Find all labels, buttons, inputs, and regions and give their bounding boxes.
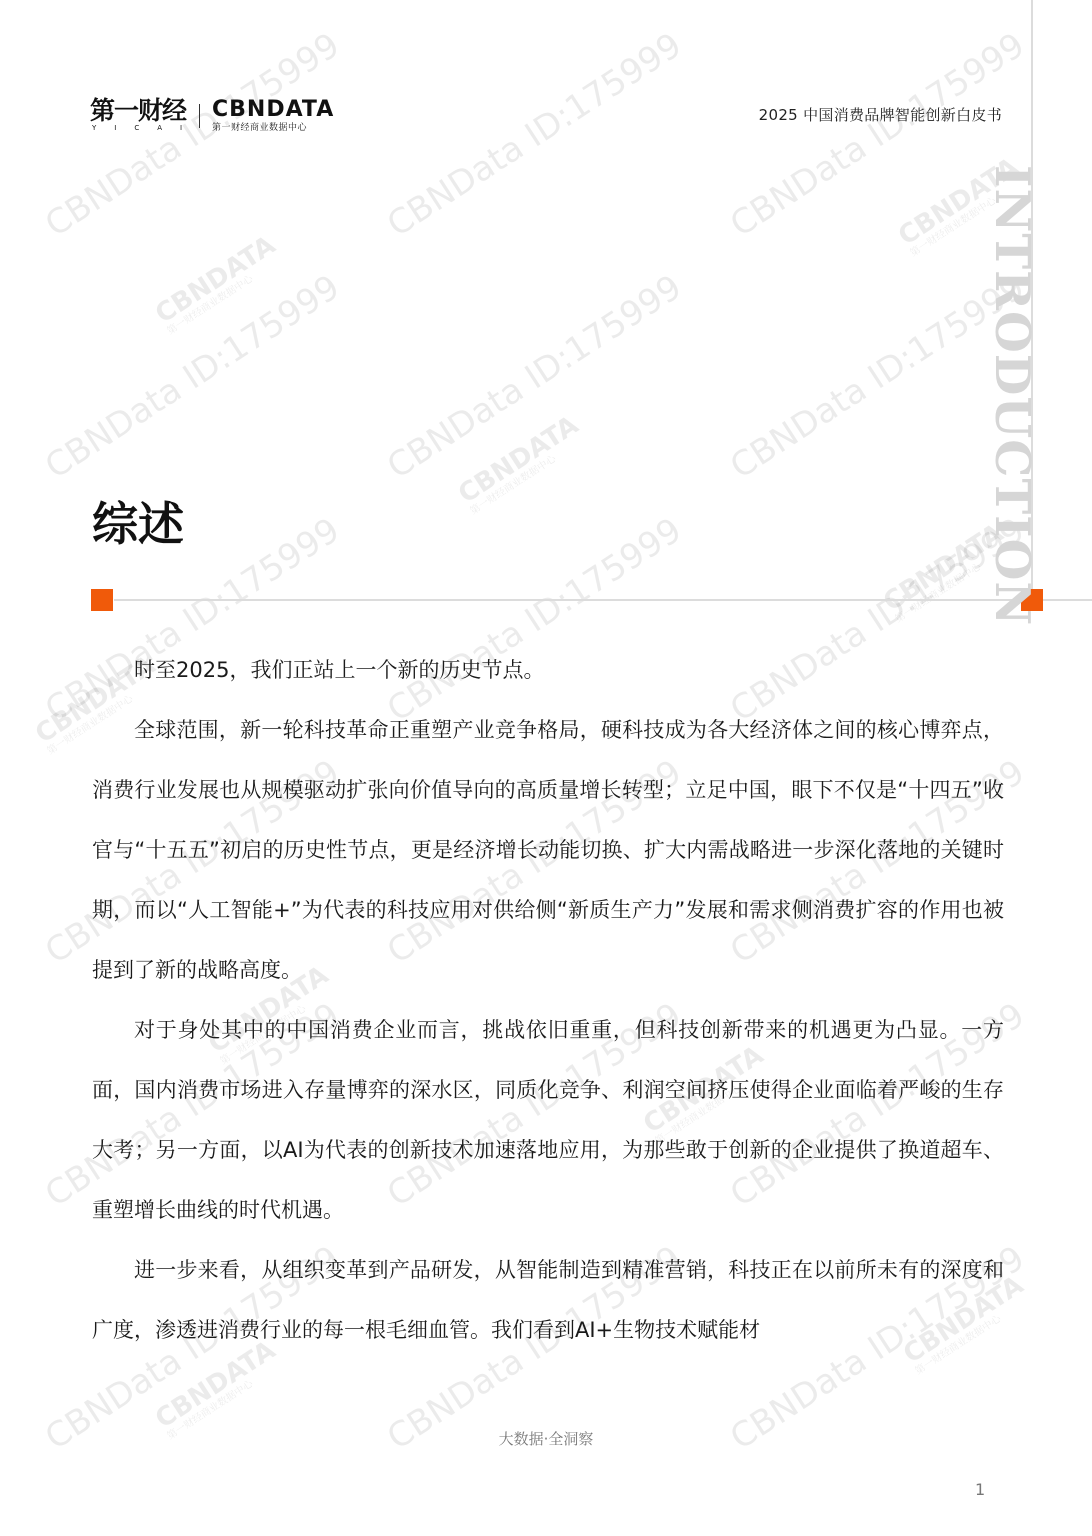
watermark-text: CBNData ID:175999: [38, 25, 347, 245]
footer-slogan: 大数据·全洞察: [0, 1428, 1092, 1449]
accent-square-left: [91, 589, 113, 611]
yicai-logo-subtext: YICAI: [92, 124, 200, 132]
cbndata-logo-mark: CBNDATA: [212, 98, 334, 122]
watermark-text: CBNData ID:175999: [38, 267, 347, 487]
paragraph: 对于身处其中的中国消费企业而言，挑战依旧重重，但科技创新带来的机遇更为凸显。一方…: [92, 1000, 1004, 1240]
logo-divider: [199, 104, 200, 128]
watermark-text: CBNData ID:175999: [380, 25, 689, 245]
watermark-text: CBNData ID:175999: [380, 267, 689, 487]
page-number: 1: [975, 1480, 985, 1499]
watermark-logo: CBNDATA第一财经商业数据中心: [151, 232, 286, 338]
section-heading: 综述: [92, 496, 184, 552]
paragraph: 时至2025，我们正站上一个新的历史节点。: [92, 640, 1004, 700]
body-text: 时至2025，我们正站上一个新的历史节点。 全球范围，新一轮科技革命正重塑产业竞…: [92, 640, 1004, 1360]
horizontal-divider-line: [114, 599, 1092, 601]
section-vertical-label: INTRODUCTION: [988, 165, 1036, 626]
report-title: 2025 中国消费品牌智能创新白皮书: [759, 104, 1002, 125]
paragraph: 进一步来看，从组织变革到产品研发，从智能制造到精准营销，科技正在以前所未有的深度…: [92, 1240, 1004, 1360]
cbndata-logo: CBNDATA 第一财经商业数据中心: [212, 98, 334, 134]
yicai-logo: 第一财经 YICAI: [90, 98, 200, 132]
paragraph: 全球范围，新一轮科技革命正重塑产业竞争格局，硬科技成为各大经济体之间的核心博弈点…: [92, 700, 1004, 1000]
cbndata-logo-subtext: 第一财经商业数据中心: [212, 122, 334, 134]
yicai-logo-mark: 第一财经: [90, 98, 186, 124]
watermark-logo: CBNDATA第一财经商业数据中心: [454, 412, 589, 518]
